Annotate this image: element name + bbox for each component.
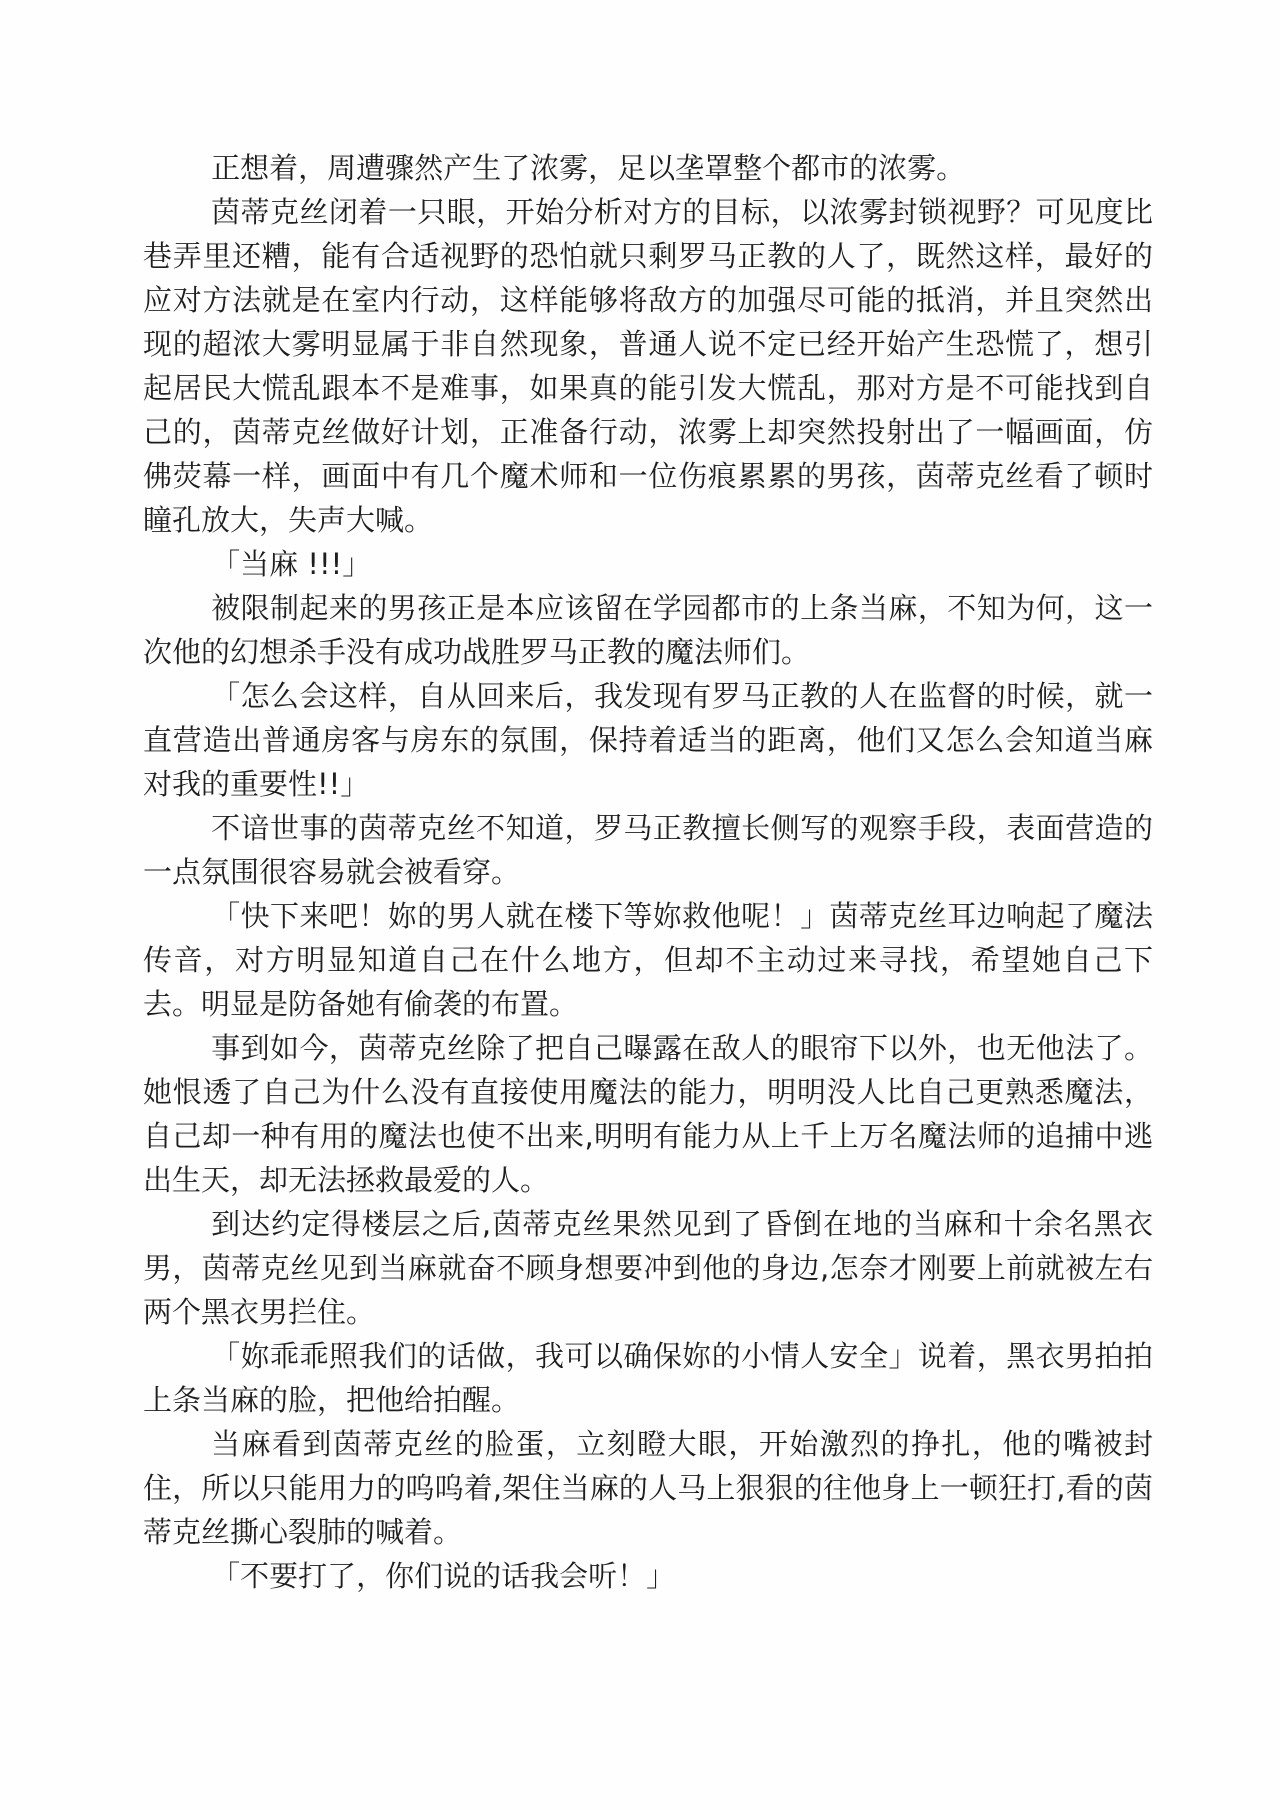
paragraph: 茵蒂克丝闭着一只眼，开始分析对方的目标，以浓雾封锁视野？可见度比巷弄里还糟，能有… [143,190,1153,542]
paragraph-dialogue: 「妳乖乖照我们的话做，我可以确保妳的小情人安全」说着，黑衣男拍拍上条当麻的脸，把… [143,1334,1153,1422]
paragraph: 当麻看到茵蒂克丝的脸蛋，立刻瞪大眼，开始激烈的挣扎，他的嘴被封住，所以只能用力的… [143,1422,1153,1554]
novel-page: 正想着，周遭骤然产生了浓雾，足以垄罩整个都市的浓雾。 茵蒂克丝闭着一只眼，开始分… [0,0,1280,1810]
paragraph-dialogue: 「快下来吧！妳的男人就在楼下等妳救他呢！」茵蒂克丝耳边响起了魔法传音，对方明显知… [143,894,1153,1026]
paragraph-dialogue: 「怎么会这样，自从回来后，我发现有罗马正教的人在监督的时候，就一直营造出普通房客… [143,674,1153,806]
paragraph: 不谙世事的茵蒂克丝不知道，罗马正教擅长侧写的观察手段，表面营造的一点氛围很容易就… [143,806,1153,894]
paragraph: 被限制起来的男孩正是本应该留在学园都市的上条当麻，不知为何，这一次他的幻想杀手没… [143,586,1153,674]
paragraph-dialogue: 「不要打了，你们说的话我会听！」 [143,1554,1153,1598]
paragraph: 事到如今，茵蒂克丝除了把自己曝露在敌人的眼帘下以外，也无他法了。她恨透了自己为什… [143,1026,1153,1202]
paragraph: 到达约定得楼层之后,茵蒂克丝果然见到了昏倒在地的当麻和十余名黑衣男，茵蒂克丝见到… [143,1202,1153,1334]
text-column: 正想着，周遭骤然产生了浓雾，足以垄罩整个都市的浓雾。 茵蒂克丝闭着一只眼，开始分… [143,146,1153,1598]
paragraph-dialogue: 「当麻 !!!」 [143,542,1153,586]
paragraph: 正想着，周遭骤然产生了浓雾，足以垄罩整个都市的浓雾。 [143,146,1153,190]
